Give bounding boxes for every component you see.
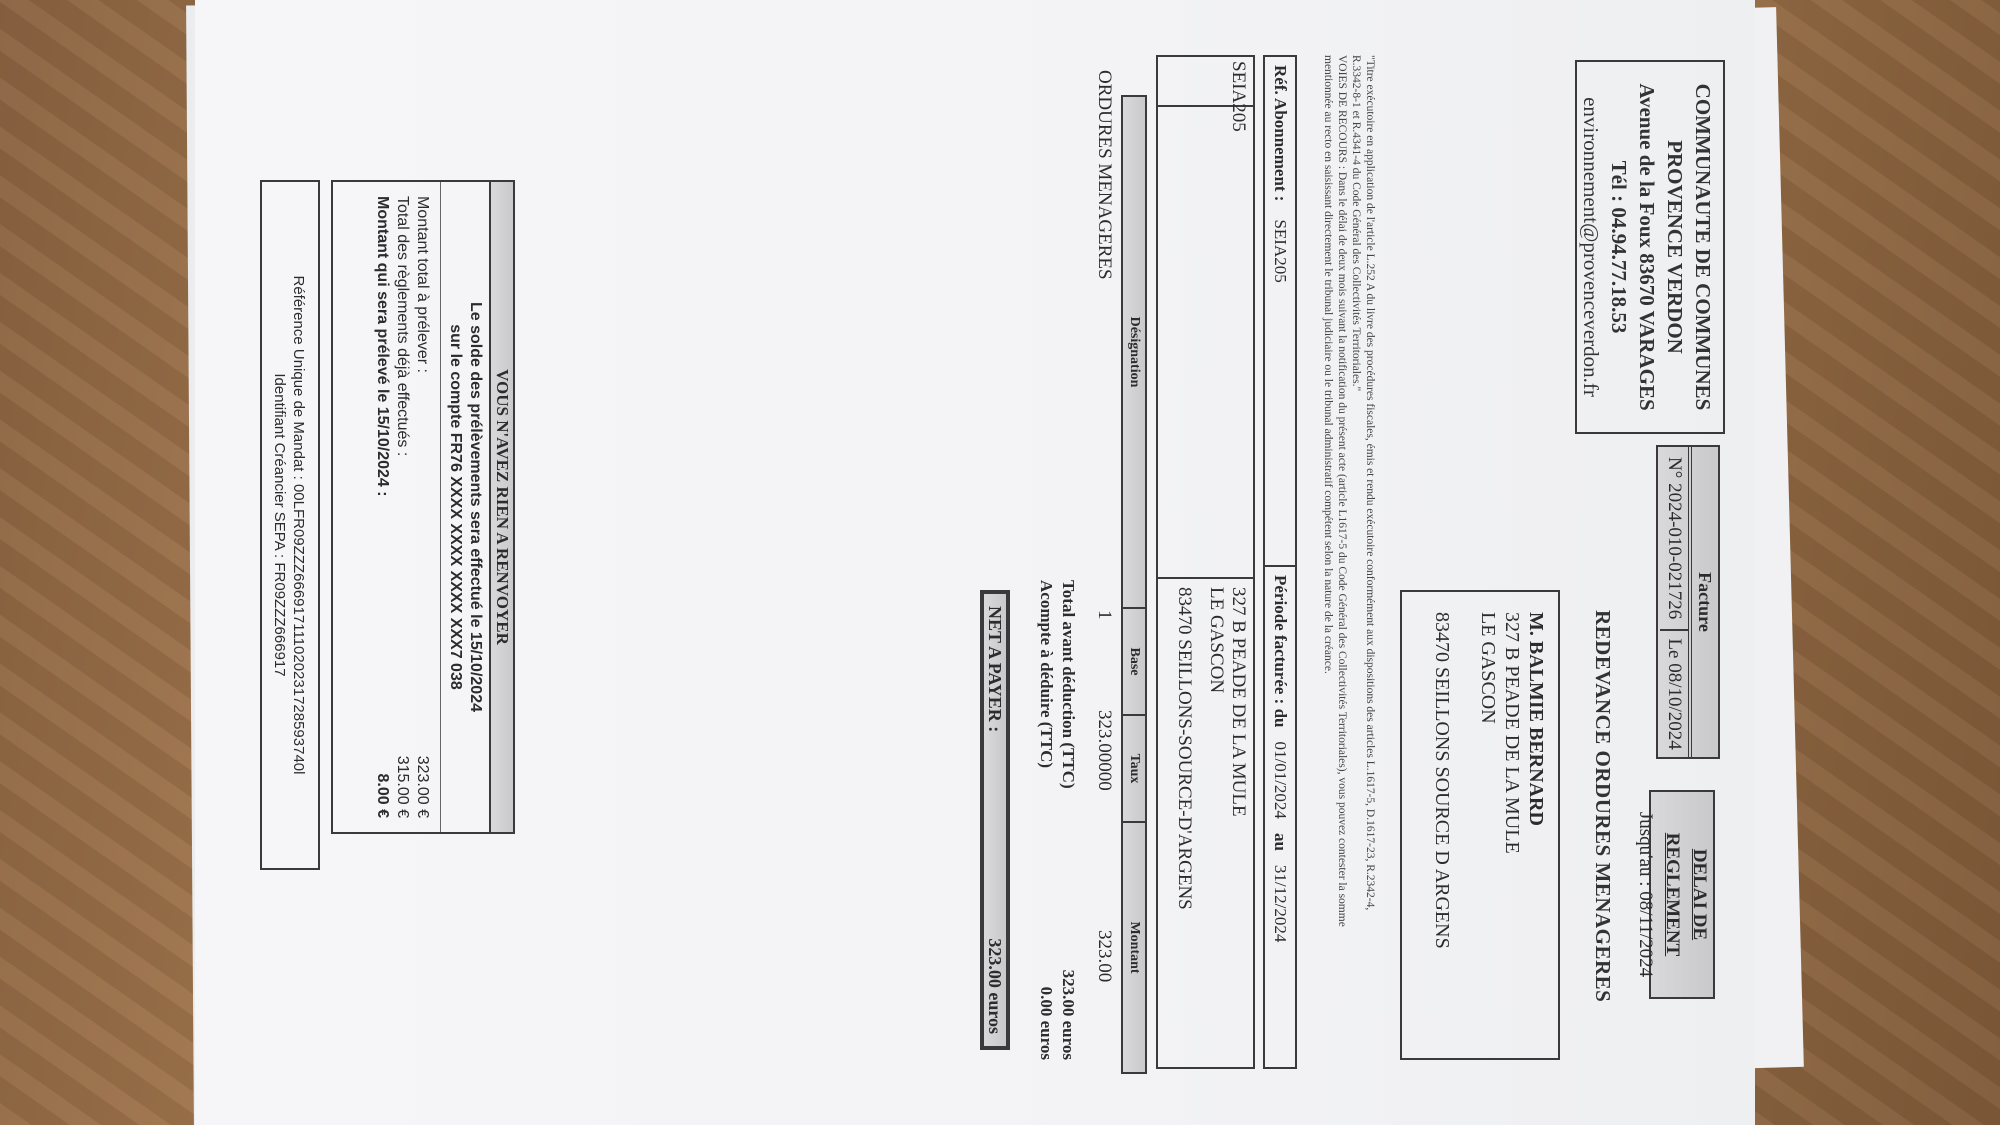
invoice-number: N° 2024-010-021726 (1660, 447, 1688, 631)
totals-block: Total avant déduction (TTC)323.00 euros … (1035, 580, 1079, 1060)
payment-deadline-box: DELAI DE REGLEMENT Jusqu'au : 08/11/2024 (1649, 790, 1715, 999)
subscription-ref-value: SEIA205 (1271, 219, 1290, 282)
row-base: 1 (1093, 610, 1115, 620)
subscription-reference-row: Réf. Abonnement :SEIA205 Période facturé… (1263, 55, 1297, 1069)
net-to-pay-label: NET A PAYER : (985, 606, 1006, 732)
mandate-reference: Référence Unique de Mandat : 00LFR09ZZZ6… (289, 182, 308, 868)
legal-notice: "Titre exécutoire en application de l'ar… (1321, 55, 1377, 1065)
payment-deadline-date: Jusqu'au : 08/11/2024 (1632, 792, 1659, 997)
legal-notice-line: mentionnée au recto en saisissant direct… (1321, 55, 1335, 1065)
direct-debit-message-line1: Le solde des prélèvements sera effectué … (465, 182, 485, 832)
total-to-debit-label: Montant total à prélever : (412, 196, 432, 373)
recipient-name: M. BALMIE BERNARD (1524, 612, 1548, 1058)
row-montant: 323.00 (1093, 930, 1115, 982)
recipient-city: 83470 SEILLONS SOURCE D ARGENS (1430, 612, 1454, 1058)
total-before-deduction-value: 323.00 euros (1057, 970, 1079, 1060)
legal-notice-line: VOIES DE RECOURS : Dans le délai de deux… (1335, 55, 1349, 1065)
row-designation: ORDURES MENAGERES (1093, 70, 1115, 280)
billing-period-label: Période facturée : du (1271, 575, 1290, 727)
subscription-ref-label: Réf. Abonnement : (1271, 65, 1290, 201)
total-before-deduction-label: Total avant déduction (TTC) (1057, 580, 1079, 789)
total-to-debit-value: 323.00 € (412, 756, 432, 818)
site-city: 83470 SEILLONS-SOURCE-D'ARGENS (1173, 587, 1195, 910)
amount-to-debit-label: Montant qui sera prélevé le 15/10/2024 : (372, 196, 392, 497)
payments-made-label: Total des règlements déjà effectués : (392, 196, 412, 456)
legal-notice-line: "Titre exécutoire en application de l'ar… (1363, 55, 1377, 1065)
invoice-title: Facture (1688, 447, 1718, 757)
header-designation: Désignation (1123, 97, 1145, 609)
service-site-row: SEIA205 327 B PEADE DE LA MULE LE GASCON… (1156, 55, 1255, 1069)
invoice-document: COMMUNAUTE DE COMMUNES PROVENCE VERDON A… (195, 0, 1755, 1125)
header-base: Base (1123, 609, 1145, 716)
issuer-address: Avenue de la Foux 83670 VARAGES (1633, 62, 1661, 432)
issuer-name-line1: COMMUNAUTE DE COMMUNES (1689, 62, 1717, 432)
direct-debit-message-line2: sur le compte FR76 XXXX XXXX XXXX XXX7 0… (445, 182, 465, 832)
empty-cell (1158, 107, 1253, 579)
row-taux: 323.00000 (1093, 710, 1115, 791)
legal-notice-line: R.3342-8-1 et R.4341-4 du Code Général d… (1349, 55, 1363, 1065)
billing-period-to: 31/12/2024 (1271, 865, 1290, 942)
issuer-email: environnement@provenceverdon.fr (1577, 62, 1605, 432)
direct-debit-box: VOUS N'AVEZ RIEN A RENVOYER Le solde des… (331, 180, 515, 834)
amount-to-debit-value: 8.00 € (372, 774, 392, 818)
billing-period-to-label: au (1271, 833, 1290, 851)
deposit-value: 0.00 euros (1035, 987, 1057, 1060)
site-address1: 327 B PEADE DE LA MULE (1227, 587, 1249, 910)
payment-deadline-title: DELAI DE REGLEMENT (1659, 792, 1713, 997)
issuer-block: COMMUNAUTE DE COMMUNES PROVENCE VERDON A… (1575, 60, 1725, 434)
document-title: REDEVANCE ORDURES MENAGERES (1590, 610, 1615, 1002)
invoice-info-box: Facture N° 2024-010-021726 Le 08/10/2024 (1656, 445, 1720, 759)
header-taux: Taux (1123, 716, 1145, 823)
recipient-address1: 327 B PEADE DE LA MULE (1500, 612, 1524, 1058)
issuer-phone: Tél : 04.94.77.18.53 (1605, 62, 1633, 432)
billing-period-from: 01/01/2024 (1271, 741, 1290, 818)
charges-table-header: Désignation Base Taux Montant (1121, 95, 1147, 1074)
deposit-label: Acompte à déduire (TTC) (1035, 580, 1057, 768)
sepa-mandate-box: Référence Unique de Mandat : 00LFR09ZZZ6… (260, 180, 320, 870)
subscription-code: SEIA205 (1158, 57, 1253, 107)
payments-made-value: 315.00 € (392, 756, 412, 818)
creditor-identifier: Identifiant Créancier SEPA : FR09ZZZ6669… (270, 182, 289, 868)
header-montant: Montant (1123, 823, 1145, 1072)
direct-debit-header: VOUS N'AVEZ RIEN A RENVOYER (489, 182, 513, 832)
site-address2: LE GASCON (1205, 587, 1227, 910)
issuer-name-line2: PROVENCE VERDON (1661, 62, 1689, 432)
recipient-address2: LE GASCON (1476, 612, 1500, 1058)
net-to-pay-box: NET A PAYER : 323.00 euros (980, 590, 1010, 1050)
net-to-pay-value: 323.00 euros (985, 938, 1006, 1034)
recipient-address-block: M. BALMIE BERNARD 327 B PEADE DE LA MULE… (1400, 590, 1560, 1060)
invoice-date: Le 08/10/2024 (1660, 631, 1688, 757)
